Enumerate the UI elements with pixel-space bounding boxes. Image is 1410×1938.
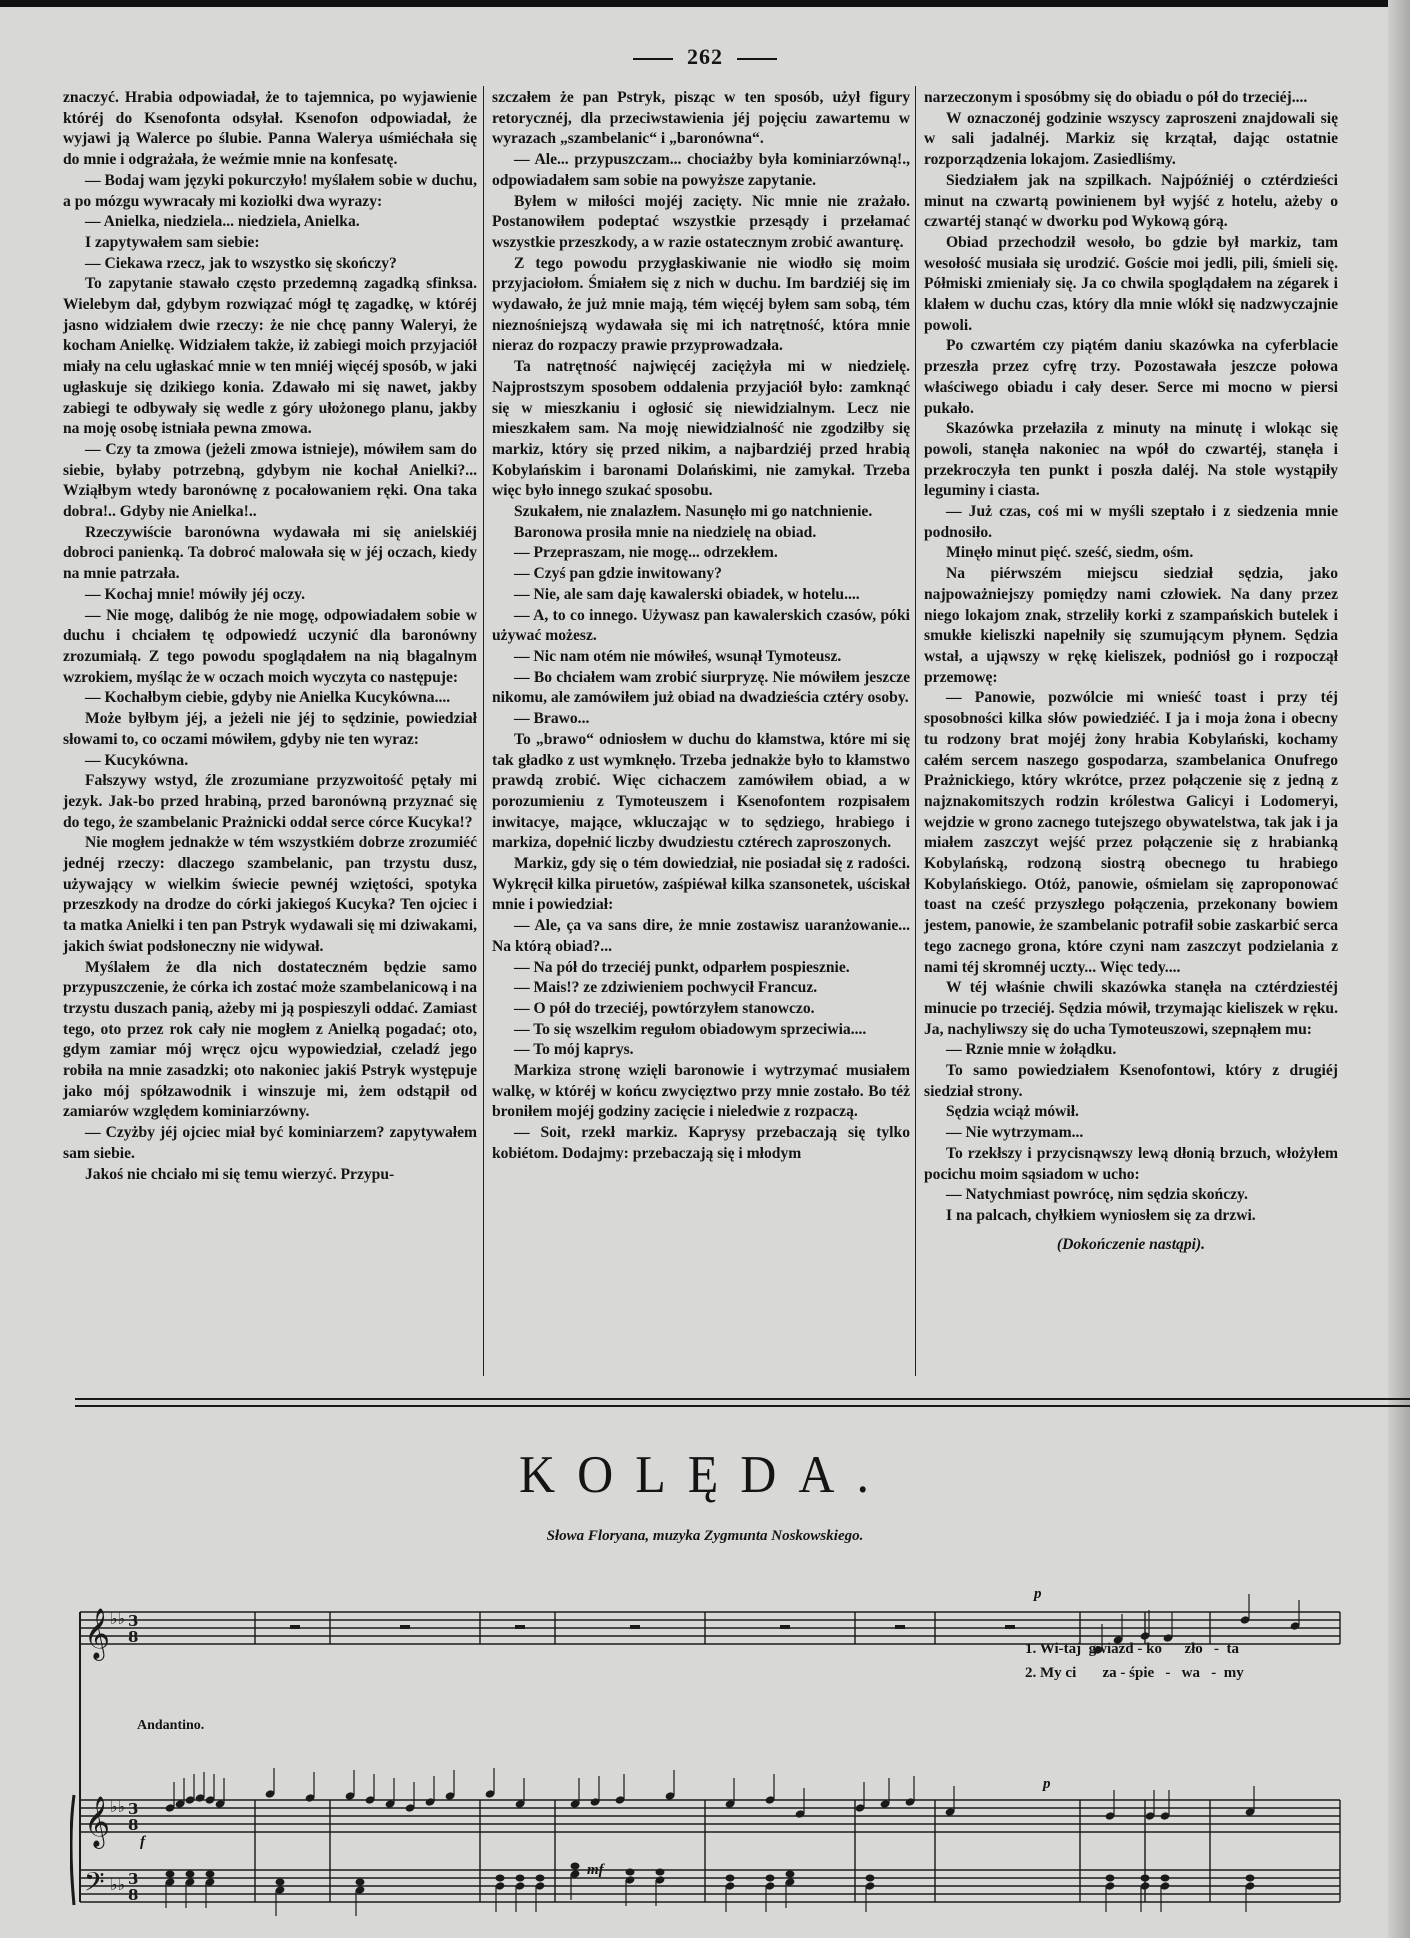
paragraph: — A, to co innego. Używasz pan kawalersk… [492,606,910,647]
paragraph: — Nie wytrzymam... [924,1123,1338,1144]
paragraph: To rzekłszy i przycisnąwszy lewą dłonią … [924,1144,1338,1185]
svg-text:♭♭: ♭♭ [110,1797,125,1816]
page-number-dash-left [633,58,673,60]
paragraph: To zapytanie stawało często przedemną za… [63,274,477,440]
music-staves: 𝄞𝄞𝄢♭♭♭♭♭♭383838 [70,1590,1350,1920]
paragraph: Minęło minut pięć. sześć, siedm, ośm. [924,543,1338,564]
paragraph: Fałszywy wstyd, źle zrozumiane przyzwoit… [63,771,477,833]
paragraph: Jakoś nie chciało mi się temu wierzyć. P… [63,1165,477,1186]
paragraph: — Nic nam otém nie mówiłeś, wsunął Tymot… [492,647,910,668]
paragraph: szczałem że pan Pstryk, pisząc w ten spo… [492,88,910,150]
paragraph: W oznaczonéj godzinie wszyscy zaproszeni… [924,109,1338,171]
column-divider [915,86,916,1376]
paragraph: — Ale... przypuszczam... chociażby była … [492,150,910,191]
paragraph: — Czyś pan gdzie inwitowany? [492,564,910,585]
svg-text:♭♭: ♭♭ [110,1609,125,1628]
paragraph: — Anielka, niedziela... niedziela, Aniel… [63,212,477,233]
svg-text:♭♭: ♭♭ [110,1875,125,1894]
svg-text:𝄞: 𝄞 [84,1796,110,1849]
paragraph: Myślałem że dla nich dostateczném będzie… [63,958,477,1124]
paragraph: narzeczonym i sposóbmy się do obiadu o p… [924,88,1338,109]
svg-text:𝄢: 𝄢 [84,1866,105,1904]
text-column-3: narzeczonym i sposóbmy się do obiadu o p… [924,88,1338,1255]
paragraph: Rzeczywiście baronówna wydawała mi się a… [63,523,477,585]
paragraph: Baronowa prosiła mnie na niedzielę na ob… [492,523,910,544]
paragraph: znaczyć. Hrabia odpowiadał, że to tajemn… [63,88,477,171]
paragraph: — To się wszelkim regułom obiadowym sprz… [492,1020,910,1041]
paragraph: Sędzia wciąż mówił. [924,1102,1338,1123]
paragraph: Po czwartém czy piątém daniu skazówka na… [924,336,1338,419]
svg-text:8: 8 [128,1886,138,1904]
paragraph: — Przepraszam, nie mogę... odrzekłem. [492,543,910,564]
paragraph: — Czyżby jéj ojciec miał być kominiarzem… [63,1123,477,1164]
column-divider [483,86,484,1376]
paragraph: Ta natrętność najwięcéj zaciężyła mi w n… [492,357,910,502]
paragraph: Byłem w miłości mojéj zacięty. Nic mnie … [492,192,910,254]
svg-text:8: 8 [128,1628,138,1646]
svg-text:8: 8 [128,1816,138,1834]
paragraph: — Mais!? ze zdziwieniem pochwycił Francu… [492,978,910,999]
paragraph: I zapytywałem sam siebie: [63,233,477,254]
paragraph: I na palcach, chyłkiem wyniosłem się za … [924,1206,1338,1227]
continuation-note: (Dokończenie nastąpi). [924,1235,1338,1256]
paragraph: — Rznie mnie w żołądku. [924,1040,1338,1061]
paragraph: Może byłbym jéj, a jeżeli nie jéj to sęd… [63,709,477,750]
paragraph: — O pół do trzeciéj, powtórzyłem stanowc… [492,999,910,1020]
paragraph: Z tego powodu przygłaskiwanie nie wiodło… [492,254,910,358]
page-number: 262 [0,44,1410,70]
page-number-dash-right [737,58,777,60]
paragraph: Na piérwszém miejscu siedział sędzia, ja… [924,564,1338,688]
paragraph: — Już czas, coś mi w myśli szeptało i z … [924,502,1338,543]
paragraph: Markiz, gdy się o tém dowiedział, nie po… [492,854,910,916]
paragraph: — Kochałbym ciebie, gdyby nie Anielka Ku… [63,688,477,709]
text-column-2: szczałem że pan Pstryk, pisząc w ten spo… [492,88,910,1165]
section-rule [75,1398,1410,1400]
text-column-1: znaczyć. Hrabia odpowiadał, że to tajemn… [63,88,477,1185]
scan-top-edge [0,0,1410,7]
song-title: KOLĘDA. [0,1444,1410,1505]
paragraph: — Ciekawa rzecz, jak to wszystko się sko… [63,254,477,275]
paragraph: — Panowie, pozwólcie mi wnieść toast i p… [924,688,1338,978]
music-score: 𝄞𝄞𝄢♭♭♭♭♭♭383838 [70,1590,1350,1920]
paragraph: W téj właśnie chwili skazówka stanęła na… [924,978,1338,1040]
paragraph: — Brawo... [492,709,910,730]
paragraph: — Czy ta zmowa (jeżeli zmowa istnieje), … [63,440,477,523]
page-number-value: 262 [687,44,723,69]
section-rule [75,1405,1410,1407]
paragraph: Siedziałem jak na szpilkach. Najpóźniéj … [924,171,1338,233]
paragraph: Obiad przechodził wesoło, bo gdzie był m… [924,233,1338,337]
paragraph: To samo powiedziałem Ksenofontowi, który… [924,1061,1338,1102]
paragraph: — Soit, rzekł markiz. Kaprysy przebaczaj… [492,1123,910,1164]
svg-text:𝄞: 𝄞 [84,1608,110,1661]
scan-right-edge [1388,0,1410,1938]
paragraph: — Kucykówna. [63,751,477,772]
paragraph: — Nie mogę, dalibóg że nie mogę, odpowia… [63,606,477,689]
paragraph: Skazówka przełaziła z minuty na minutę i… [924,419,1338,502]
paragraph: — Bo chciałem wam zrobić siurpryzę. Nie … [492,668,910,709]
paragraph: — Nie, ale sam daję kawalerski obiadek, … [492,585,910,606]
paragraph: — Ale, ça va sans dire, że mnie zostawis… [492,916,910,957]
paragraph: Szukałem, nie znalazłem. Nasunęło mi go … [492,502,910,523]
paragraph: — Natychmiast powrócę, nim sędzia skończ… [924,1185,1338,1206]
paragraph: — Kochaj mnie! mówiły jéj oczy. [63,585,477,606]
paragraph: — To mój kaprys. [492,1040,910,1061]
paragraph: Nie mogłem jednakże w tém wszystkiém dob… [63,833,477,957]
paragraph: Markiza stronę wzięli baronowie i wytrzy… [492,1061,910,1123]
paragraph: — Na pół do trzeciéj punkt, odparłem pos… [492,958,910,979]
paragraph: To „brawo“ odniosłem w duchu do kłamstwa… [492,730,910,854]
song-credits: Słowa Floryana, muzyka Zygmunta Noskowsk… [0,1528,1410,1545]
paragraph: — Bodaj wam języki pokurczyło! myślałem … [63,171,477,212]
